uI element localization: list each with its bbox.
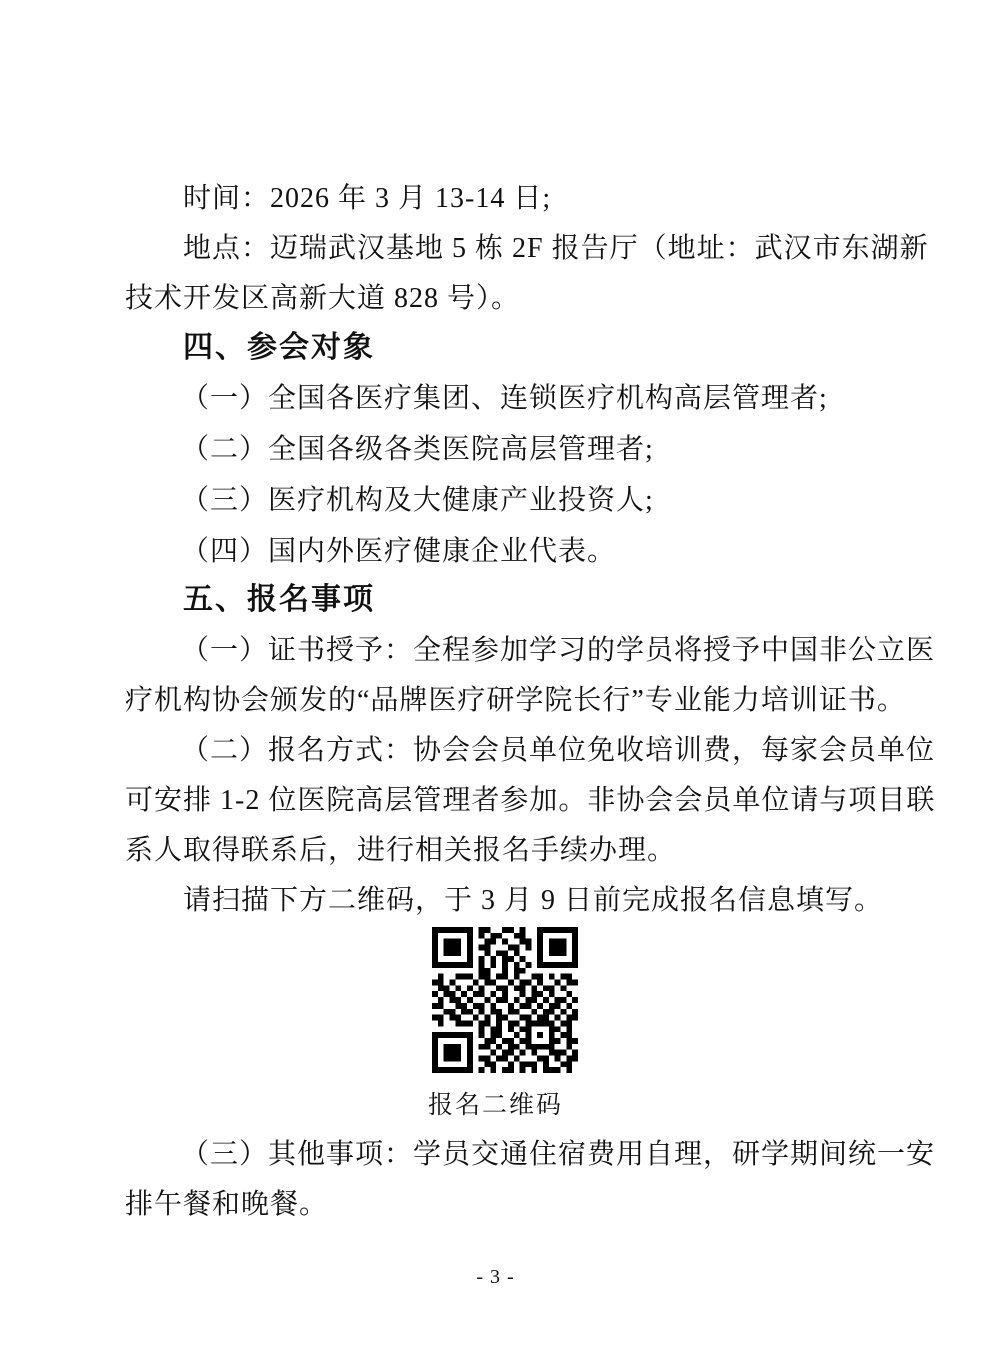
registration-qr-code: [432, 927, 578, 1073]
section-heading: 五、报名事项: [183, 582, 375, 618]
text-line: （三）医疗机构及大健康产业投资人;: [181, 483, 654, 519]
text-line: （一）全国各医疗集团、连锁医疗机构高层管理者;: [181, 381, 828, 417]
text-line: （二）全国各级各类医院高层管理者;: [181, 432, 654, 468]
text-line: （四）国内外医疗健康企业代表。: [181, 534, 616, 570]
text-line: 排午餐和晚餐。: [125, 1187, 328, 1223]
text-line: 可安排 1-2 位医院高层管理者参加。非协会会员单位请与项目联: [125, 783, 935, 819]
text-line: 请扫描下方二维码，于 3 月 9 日前完成报名信息填写。: [183, 883, 883, 919]
text-line: （一）证书授予：全程参加学习的学员将授予中国非公立医: [181, 633, 935, 669]
page-number: - 3 -: [0, 1266, 991, 1289]
text-line: 疗机构协会颁发的“品牌医疗研学院长行”专业能力培训证书。: [125, 683, 906, 719]
text-line: 地点：迈瑞武汉基地 5 栋 2F 报告厅（地址：武汉市东湖新: [183, 231, 929, 267]
qr-caption: 报名二维码: [0, 1085, 991, 1121]
section-heading: 四、参会对象: [183, 330, 375, 366]
text-line: （二）报名方式：协会会员单位免收培训费，每家会员单位: [181, 733, 935, 769]
text-line: （三）其他事项：学员交通住宿费用自理，研学期间统一安: [181, 1137, 935, 1173]
text-line: 技术开发区高新大道 828 号）。: [125, 281, 520, 317]
text-line: 时间：2026 年 3 月 13-14 日;: [183, 181, 551, 217]
text-line: 系人取得联系后，进行相关报名手续办理。: [125, 833, 676, 869]
document-page: 时间：2026 年 3 月 13-14 日;地点：迈瑞武汉基地 5 栋 2F 报…: [0, 0, 991, 1349]
